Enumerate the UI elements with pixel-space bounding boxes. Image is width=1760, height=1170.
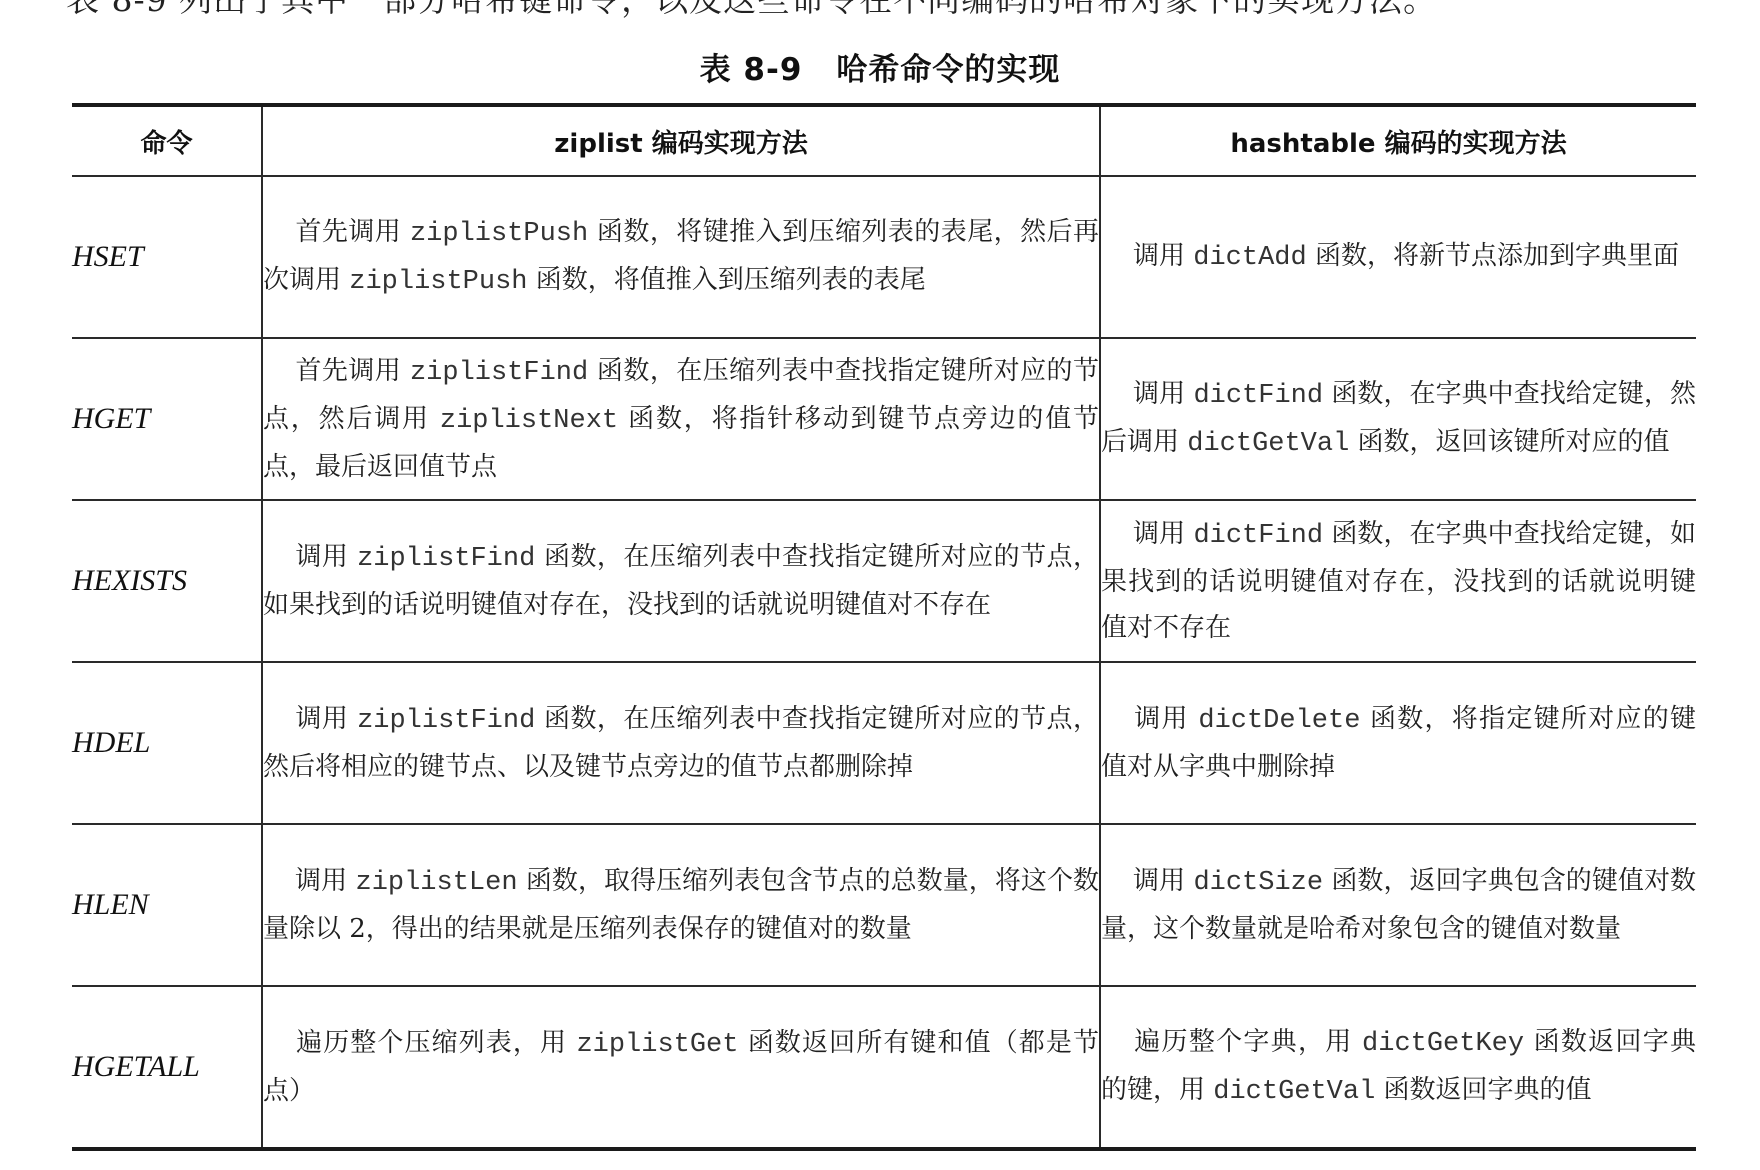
description-text: 函数返回字典的值 xyxy=(1375,1075,1591,1105)
hashtable-implementation: 遍历整个字典，用 dictGetKey 函数返回字典的键，用 dictGetVa… xyxy=(1100,986,1696,1149)
ziplist-implementation: 遍历整个压缩列表，用 ziplistGet 函数返回所有键和值（都是节点） xyxy=(262,986,1100,1149)
description-text: 函数，将值推入到压缩列表的表尾 xyxy=(528,265,926,295)
function-name: ziplistNext xyxy=(440,406,618,436)
function-name: ziplistLen xyxy=(356,868,518,898)
description-text: 调用 xyxy=(295,542,357,572)
hashtable-implementation: 调用 dictDelete 函数，将指定键所对应的键值对从字典中删除掉 xyxy=(1100,662,1696,824)
hashtable-implementation: 调用 dictAdd 函数，将新节点添加到字典里面 xyxy=(1100,176,1696,338)
table-row: HDEL调用 ziplistFind 函数，在压缩列表中查找指定键所对应的节点，… xyxy=(72,662,1696,824)
ziplist-implementation: 调用 ziplistLen 函数，取得压缩列表包含节点的总数量，将这个数量除以 … xyxy=(262,824,1100,986)
ziplist-implementation: 首先调用 ziplistFind 函数，在压缩列表中查找指定键所对应的节点，然后… xyxy=(262,338,1100,500)
description-text: 函数，将新节点添加到字典里面 xyxy=(1307,241,1679,271)
intro-text: 表 8-9 列出了其中一部分哈希键命令，以及这些命令在不同编码的哈希对象下的实现… xyxy=(66,0,1437,22)
hash-command-table: 命令 ziplist 编码实现方法 hashtable 编码的实现方法 HSET… xyxy=(72,103,1696,1151)
command-name: HDEL xyxy=(72,662,262,824)
description-text: 函数，返回该键所对应的值 xyxy=(1349,427,1669,457)
function-name: dictGetVal xyxy=(1187,429,1349,459)
table-row: HSET首先调用 ziplistPush 函数，将键推入到压缩列表的表尾，然后再… xyxy=(72,176,1696,338)
command-name: HGET xyxy=(72,338,262,500)
description-text: 调用 xyxy=(1133,241,1193,271)
function-name: ziplistFind xyxy=(357,706,535,736)
description-text: 遍历整个压缩列表，用 xyxy=(295,1028,576,1058)
command-name: HEXISTS xyxy=(72,500,262,662)
function-name: dictFind xyxy=(1193,381,1323,411)
description-text: 调用 xyxy=(1133,379,1193,409)
function-name: dictSize xyxy=(1193,868,1323,898)
hashtable-implementation: 调用 dictSize 函数，返回字典包含的键值对数量，这个数量就是哈希对象包含… xyxy=(1100,824,1696,986)
function-name: dictDelete xyxy=(1198,706,1360,736)
description-text: 调用 xyxy=(1133,519,1193,549)
header-hashtable: hashtable 编码的实现方法 xyxy=(1100,105,1696,176)
intro-paragraph-clipped: 表 8-9 列出了其中一部分哈希键命令，以及这些命令在不同编码的哈希对象下的实现… xyxy=(66,0,1746,22)
table-row: HLEN调用 ziplistLen 函数，取得压缩列表包含节点的总数量，将这个数… xyxy=(72,824,1696,986)
function-name: ziplistFind xyxy=(410,358,588,388)
command-name: HLEN xyxy=(72,824,262,986)
hashtable-implementation: 调用 dictFind 函数，在字典中查找给定键，如果找到的话说明键值对存在，没… xyxy=(1100,500,1696,662)
function-name: dictGetKey xyxy=(1362,1029,1524,1059)
header-ziplist: ziplist 编码实现方法 xyxy=(262,105,1100,176)
description-text: 首先调用 xyxy=(295,217,410,247)
ziplist-implementation: 调用 ziplistFind 函数，在压缩列表中查找指定键所对应的节点，然后将相… xyxy=(262,662,1100,824)
table-number: 表 8-9 xyxy=(700,52,803,88)
description-text: 调用 xyxy=(1133,704,1198,734)
function-name: ziplistFind xyxy=(357,544,535,574)
function-name: dictGetVal xyxy=(1213,1077,1375,1107)
description-text: 首先调用 xyxy=(295,356,410,386)
header-command: 命令 xyxy=(72,105,262,176)
description-text: 调用 xyxy=(295,704,357,734)
table-title: 哈希命令的实现 xyxy=(836,52,1060,88)
table-row: HGET首先调用 ziplistFind 函数，在压缩列表中查找指定键所对应的节… xyxy=(72,338,1696,500)
function-name: ziplistPush xyxy=(349,267,527,297)
table-row: HGETALL遍历整个压缩列表，用 ziplistGet 函数返回所有键和值（都… xyxy=(72,986,1696,1149)
function-name: dictAdd xyxy=(1193,243,1306,273)
description-text: 调用 xyxy=(295,866,356,896)
command-name: HGETALL xyxy=(72,986,262,1149)
function-name: dictFind xyxy=(1193,521,1323,551)
function-name: ziplistPush xyxy=(410,219,588,249)
description-text: 调用 xyxy=(1133,866,1193,896)
hashtable-implementation: 调用 dictFind 函数，在字典中查找给定键，然后调用 dictGetVal… xyxy=(1100,338,1696,500)
command-name: HSET xyxy=(72,176,262,338)
ziplist-implementation: 首先调用 ziplistPush 函数，将键推入到压缩列表的表尾，然后再次调用 … xyxy=(262,176,1100,338)
header-row: 命令 ziplist 编码实现方法 hashtable 编码的实现方法 xyxy=(72,105,1696,176)
ziplist-implementation: 调用 ziplistFind 函数，在压缩列表中查找指定键所对应的节点，如果找到… xyxy=(262,500,1100,662)
table-row: HEXISTS调用 ziplistFind 函数，在压缩列表中查找指定键所对应的… xyxy=(72,500,1696,662)
table-caption: 表 8-9哈希命令的实现 xyxy=(0,44,1760,89)
description-text: 遍历整个字典，用 xyxy=(1133,1027,1362,1057)
function-name: ziplistGet xyxy=(576,1030,738,1060)
